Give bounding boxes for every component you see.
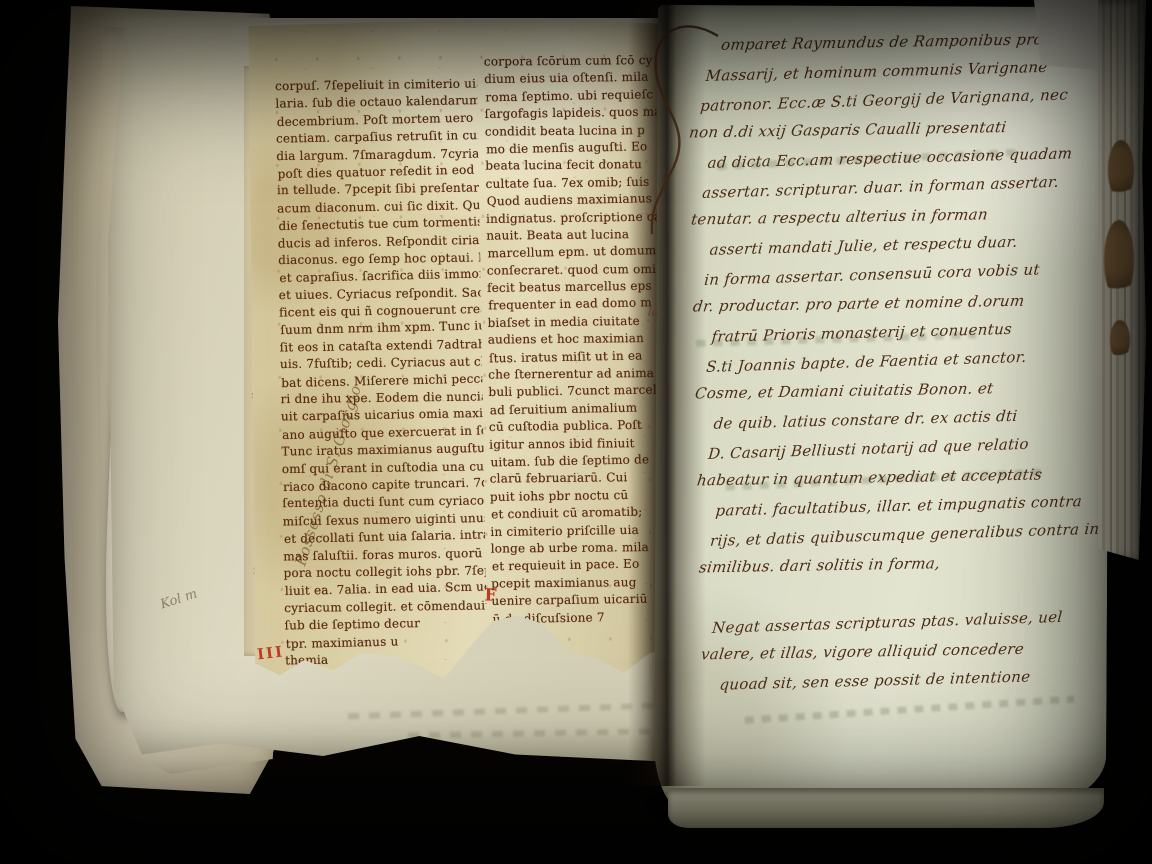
manuscript-line: ſententia ducti ſunt cum cyriaco. pro <box>282 493 484 513</box>
edge-damage-spot <box>1104 220 1134 300</box>
gutter-note: le <box>647 305 659 319</box>
right-text-block: omparet Raymundus de Ramponibus procurat… <box>685 24 1098 700</box>
red-rubric-mark: III <box>256 642 285 663</box>
manuscript-line: cyriacum collegit. et cōmendauit <box>284 597 486 617</box>
initial-c-flourish <box>622 6 732 246</box>
manuscript-line: et uiues. Cyriacus reſpondit. Sacri <box>279 284 481 304</box>
photograph-of-open-manuscript: { "colors":{ "background":"#050403", "pa… <box>0 0 1152 864</box>
manuscript-line: ri dne ihu xpe. Eodem die nuncia <box>280 389 482 409</box>
manuscript-line: corpuſ. 7ſepeliuit in cimiterio uia ſa <box>275 76 477 96</box>
edge-damage-spot <box>1110 320 1130 360</box>
manuscript-line: in tellude. 7pcepit ſibi preſentari ciri <box>277 180 479 200</box>
red-rubric-letter: F <box>484 586 497 606</box>
edge-damage-spot <box>1108 140 1134 200</box>
ink-bleedthrough-line <box>745 696 1075 724</box>
left-manuscript-page: Possesso di S. Giorgio corpuſ. 7ſepeliui… <box>248 18 665 704</box>
left-text-column-1: corpuſ. 7ſepeliuit in cimiterio uia ſala… <box>275 75 487 670</box>
bottom-page-edges <box>668 788 1104 828</box>
